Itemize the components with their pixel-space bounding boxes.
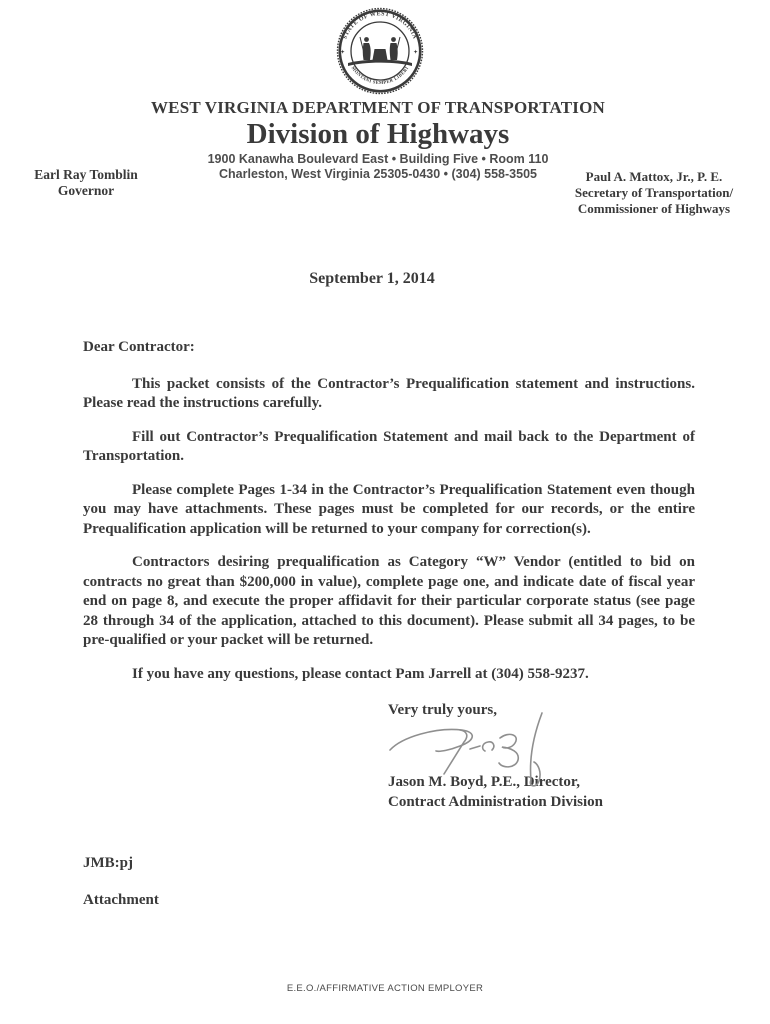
governor-block: Earl Ray Tomblin Governor bbox=[26, 167, 146, 199]
enclosure-note: Attachment bbox=[83, 892, 159, 909]
seal-star-left-icon: ✦ bbox=[341, 50, 345, 56]
reference-initials: JMB:pj bbox=[83, 855, 133, 872]
paragraph-1: This packet consists of the Contractor’s… bbox=[83, 375, 695, 414]
paragraph-5: If you have any questions, please contac… bbox=[83, 665, 695, 685]
governor-name: Earl Ray Tomblin bbox=[26, 167, 146, 183]
letter-page: STATE OF WEST VIRGINIA MONTANI SEMPER LI… bbox=[0, 0, 770, 1024]
seal-scene-figures-icon bbox=[348, 37, 412, 66]
commissioner-block: Paul A. Mattox, Jr., P. E. Secretary of … bbox=[555, 169, 753, 217]
seal-bottom-text: MONTANI SEMPER LIBERI bbox=[351, 65, 410, 85]
state-seal-icon: STATE OF WEST VIRGINIA MONTANI SEMPER LI… bbox=[336, 7, 424, 95]
svg-text:MONTANI SEMPER LIBERI: MONTANI SEMPER LIBERI bbox=[351, 65, 410, 85]
commissioner-name: Paul A. Mattox, Jr., P. E. bbox=[555, 169, 753, 185]
address-line-1: 1900 Kanawha Boulevard East • Building F… bbox=[0, 152, 763, 167]
signature-image bbox=[384, 710, 602, 788]
commissioner-title-1: Secretary of Transportation/ bbox=[555, 185, 753, 201]
eeo-footer: E.E.O./AFFIRMATIVE ACTION EMPLOYER bbox=[0, 983, 770, 994]
department-title: WEST VIRGINIA DEPARTMENT OF TRANSPORTATI… bbox=[0, 98, 763, 118]
division-title: Division of Highways bbox=[0, 119, 763, 149]
seal-top-text: STATE OF WEST VIRGINIA bbox=[342, 11, 418, 40]
letter-date: September 1, 2014 bbox=[0, 270, 757, 288]
salutation: Dear Contractor: bbox=[83, 338, 695, 358]
seal-star-right-icon: ✦ bbox=[414, 50, 418, 56]
paragraph-2: Fill out Contractor’s Prequalification S… bbox=[83, 428, 695, 467]
paragraph-4: Contractors desiring prequalification as… bbox=[83, 553, 695, 651]
paragraph-3: Please complete Pages 1-34 in the Contra… bbox=[83, 481, 695, 540]
closing-block: Very truly yours, Jason M. Boyd, P.E., D… bbox=[388, 700, 678, 812]
commissioner-title-2: Commissioner of Highways bbox=[555, 201, 753, 217]
letter-body: Dear Contractor: This packet consists of… bbox=[83, 338, 695, 698]
governor-title: Governor bbox=[26, 183, 146, 199]
svg-text:STATE OF WEST VIRGINIA: STATE OF WEST VIRGINIA bbox=[342, 11, 418, 40]
signer-division-line: Contract Administration Division bbox=[388, 792, 678, 812]
